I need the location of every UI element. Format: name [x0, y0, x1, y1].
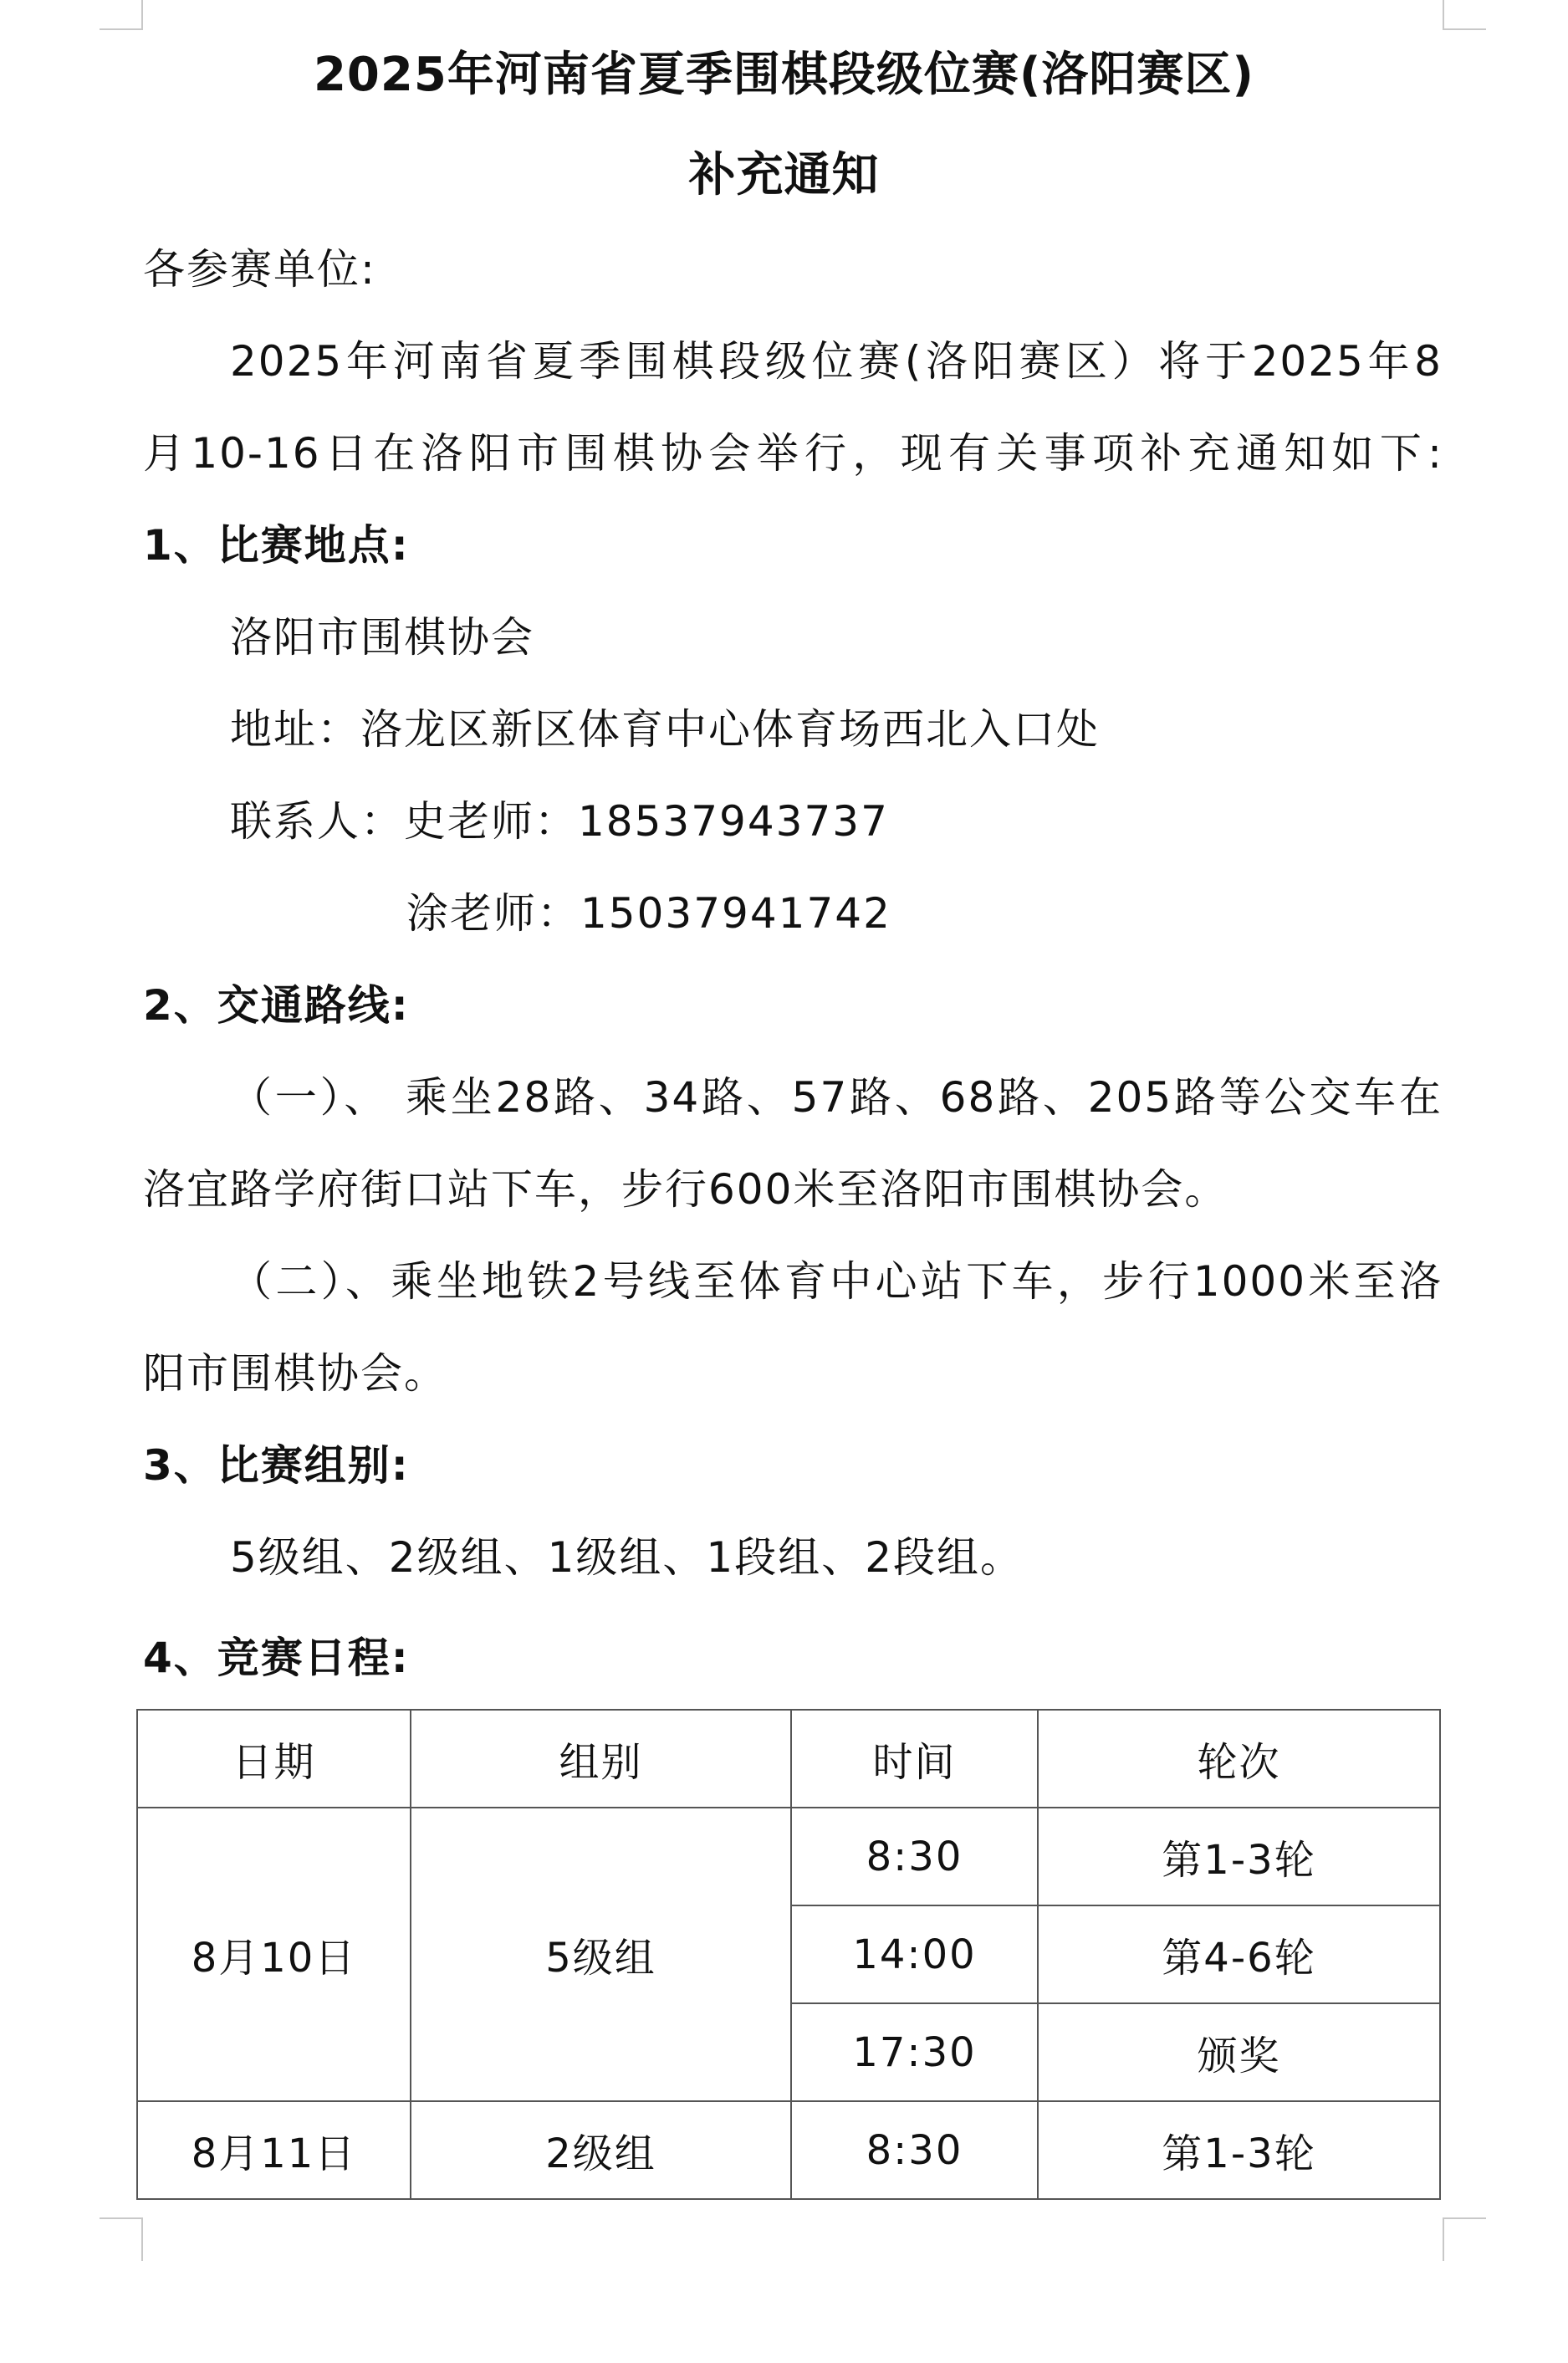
- venue-name: 洛阳市围棋协会: [230, 608, 1443, 667]
- cell-round: 第1-3轮: [1038, 1808, 1440, 1905]
- page-corner-mark-bottom-left: [100, 2217, 143, 2261]
- transport-bus-line-1: （一）、 乘坐28路、34路、57路、68路、205路等公交车在: [230, 1068, 1443, 1127]
- table-header-row: 日期 组别 时间 轮次: [137, 1710, 1440, 1808]
- header-date: 日期: [137, 1710, 411, 1808]
- table-row: 8月10日 5级组 8:30 第1-3轮: [137, 1808, 1440, 1905]
- salutation: 各参赛单位:: [143, 240, 1443, 299]
- page-corner-mark-bottom-right: [1443, 2217, 1486, 2261]
- schedule-table: 日期 组别 时间 轮次 8月10日 5级组 8:30 第1-3轮 14:00 第…: [136, 1709, 1441, 2200]
- groups-list: 5级组、2级组、1级组、1段组、2段组。: [230, 1528, 1443, 1587]
- transport-metro-line-2: 阳市围棋协会。: [143, 1344, 1443, 1403]
- header-round: 轮次: [1038, 1710, 1440, 1808]
- header-time: 时间: [791, 1710, 1038, 1808]
- cell-time: 14:00: [791, 1905, 1038, 2003]
- cell-round: 颁奖: [1038, 2003, 1440, 2101]
- document-subtitle: 补充通知: [0, 146, 1568, 205]
- cell-group: 5级组: [411, 1808, 791, 2101]
- cell-time: 8:30: [791, 2101, 1038, 2199]
- cell-date: 8月10日: [137, 1808, 411, 2101]
- page-corner-mark-top-left: [100, 0, 143, 30]
- cell-time: 8:30: [791, 1808, 1038, 1905]
- intro-line-1: 2025年河南省夏季围棋段级位赛(洛阳赛区）将于2025年8: [230, 332, 1443, 391]
- venue-address: 地址：洛龙区新区体育中心体育场西北入口处: [230, 700, 1443, 759]
- section-heading-transport: 2、交通路线:: [143, 976, 1443, 1035]
- section-heading-schedule: 4、竞赛日程:: [143, 1629, 1443, 1687]
- cell-round: 第1-3轮: [1038, 2101, 1440, 2199]
- contact-primary: 联系人：史老师：18537943737: [230, 792, 1443, 851]
- contact-secondary: 涂老师：15037941742: [406, 884, 1568, 943]
- table-row: 8月11日 2级组 8:30 第1-3轮: [137, 2101, 1440, 2199]
- document-title: 2025年河南省夏季围棋段级位赛(洛阳赛区): [0, 46, 1568, 105]
- transport-bus-line-2: 洛宜路学府街口站下车，步行600米至洛阳市围棋协会。: [143, 1160, 1443, 1219]
- page-corner-mark-top-right: [1443, 0, 1486, 30]
- cell-group: 2级组: [411, 2101, 791, 2199]
- cell-round: 第4-6轮: [1038, 1905, 1440, 2003]
- cell-date: 8月11日: [137, 2101, 411, 2199]
- transport-metro-line-1: （二）、乘坐地铁2号线至体育中心站下车，步行1000米至洛: [230, 1252, 1443, 1311]
- section-heading-groups: 3、比赛组别:: [143, 1436, 1443, 1495]
- intro-line-2: 月10-16日在洛阳市围棋协会举行，现有关事项补充通知如下:: [143, 424, 1443, 483]
- header-group: 组别: [411, 1710, 791, 1808]
- section-heading-venue: 1、比赛地点:: [143, 516, 1443, 575]
- cell-time: 17:30: [791, 2003, 1038, 2101]
